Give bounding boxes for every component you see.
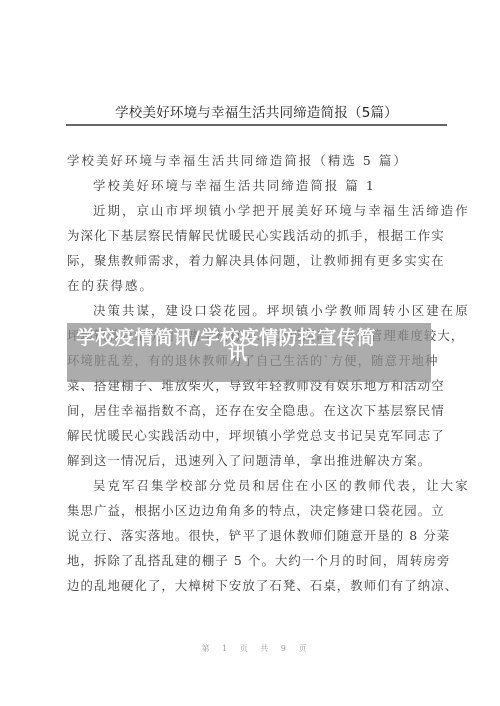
body-line: 学校美好环境与幸福生活共同缔造简报（精选 5 篇） <box>67 148 451 173</box>
body-line: 在的获得感。 <box>67 273 451 298</box>
body-line: 间，居住幸福指数不高，还存在安全隐患。在这次下基层察民情 <box>67 398 451 423</box>
body-line: 决策共谋，建设口袋花园。坪坝镇小学教师周转小区建在原 <box>67 298 451 323</box>
body-line: 际，聚焦教师需求，着力解决具体问题，让教师拥有更多实实在 <box>67 248 451 273</box>
body-line: 说立行、落实落地。很快，铲平了退休教师们随意开垦的 8 分菜 <box>67 523 451 548</box>
overlay-title: 学校疫情简讯/学校疫情防控宣传简 讯 <box>76 327 456 365</box>
body-line: 解民忧暖民心实践活动中，坪坝镇小学党总支书记吴克军同志了 <box>67 423 451 448</box>
body-line: 学校美好环境与幸福生活共同缔造简报 篇 1 <box>67 173 451 198</box>
document-page: 学校美好环境与幸福生活共同缔造简报（5篇） 学校美好环境与幸福生活共同缔造简报（… <box>0 0 500 706</box>
body-line: 边的乱地硬化了，大樟树下安放了石凳、石桌，教师们有了纳凉、 <box>67 573 451 598</box>
header-divider <box>66 124 447 126</box>
document-header-title: 学校美好环境与幸福生活共同缔造简报（5篇） <box>0 101 500 121</box>
body-line: 近期，京山市坪坝镇小学把开展美好环境与幸福生活缔造作 <box>67 198 451 223</box>
body-line: 解到这一情况后，迅速列入了问题清单，拿出推进解决方案。 <box>67 448 451 473</box>
body-line: 吴克军召集学校部分党员和居住在小区的教师代表，让大家 <box>67 473 451 498</box>
page-number-footer: 第 1 页 共 9 页 <box>0 643 500 654</box>
body-line: 地，拆除了乱搭乱建的棚子 5 个。大约一个月的时间，周转房旁 <box>67 548 451 573</box>
body-line: 为深化下基层察民情解民忧暖民心实践活动的抓手，根据工作实 <box>67 223 451 248</box>
body-line: 集思广益，根据小区边边角角多的特点，决定修建口袋花园。立 <box>67 498 451 523</box>
